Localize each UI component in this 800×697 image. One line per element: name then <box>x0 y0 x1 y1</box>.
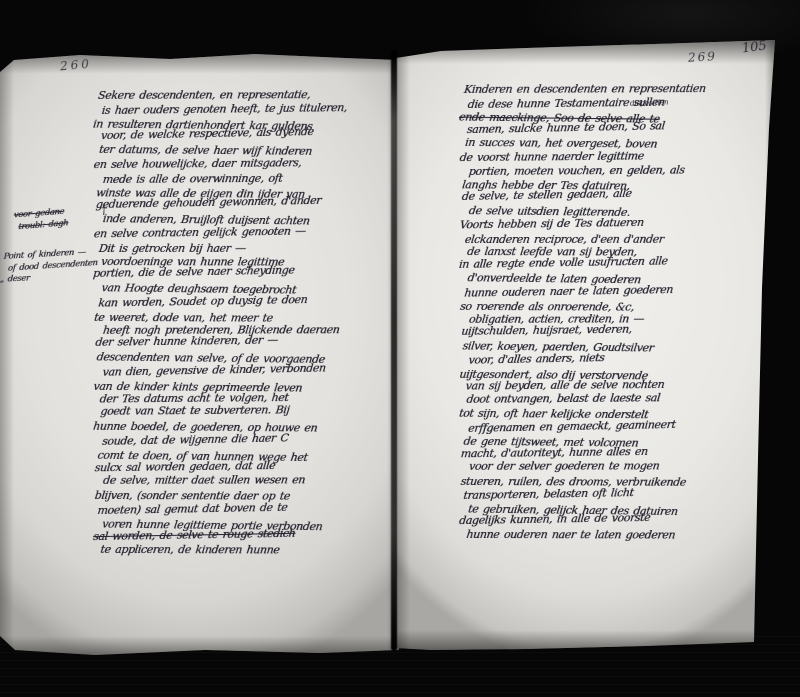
handwritten-line: voor der selver goederen te mogen <box>468 459 765 473</box>
handwritten-body-left: Sekere descendenten, en representatie,is… <box>98 89 390 558</box>
handwritten-line: is haer ouders genoten heeft, te jus tit… <box>101 100 395 117</box>
handwritten-line: portien, moeten vouchen, en gelden, als <box>468 163 765 179</box>
page-number-right: 269 <box>688 49 718 64</box>
handwritten-line: de selve, mitter daet sullen wesen en <box>102 474 396 488</box>
handwritten-line: hunne ouderen naer te laten goederen <box>466 528 763 542</box>
page-number-left: 260 <box>59 57 92 74</box>
folio-number: 105 <box>741 39 767 57</box>
handwritten-line: de voorst hunne naerder legittime <box>459 148 756 164</box>
handwritten-line: die dese hunne Testamentaire sullen <box>467 94 763 111</box>
handwritten-line: en selve contracten gelijck genooten — <box>93 223 386 241</box>
interlinear-insertion: dispositien <box>630 98 669 107</box>
handwritten-line: goedt van Staet te subverteren. Bij <box>100 403 394 419</box>
handwritten-line: en selve houwelijcke, daer mitsgaders, <box>93 156 387 172</box>
handwritten-line: te appliceren, de kinderen hunne <box>100 543 394 558</box>
handwritten-line: mede is alle de overwinninge, oft <box>102 171 396 187</box>
handwritten-line: der selver hunne kinderen, der — <box>95 333 388 351</box>
handwritten-line: elckanderen reciproce, d'een d'ander <box>464 232 761 246</box>
handwritten-line: doot ontvangen, belast de laeste sal <box>466 390 763 406</box>
handwritten-line: Voorts hebben sij de Tes datueren <box>459 214 755 232</box>
handwritten-line: portien, die de selve naer scheydinge <box>92 263 385 282</box>
handwritten-line: uijtschulden, huijsraet, vederen, <box>461 321 757 338</box>
page-fold-gutter <box>391 50 397 651</box>
manuscript-scan: 260 269 105 voor gedanetroubl: dagh † Po… <box>0 0 800 697</box>
handwritten-body-right: Kinderen en descendenten en representati… <box>464 83 759 542</box>
handwritten-line: Dit is getrocken bij haer — <box>98 242 392 256</box>
